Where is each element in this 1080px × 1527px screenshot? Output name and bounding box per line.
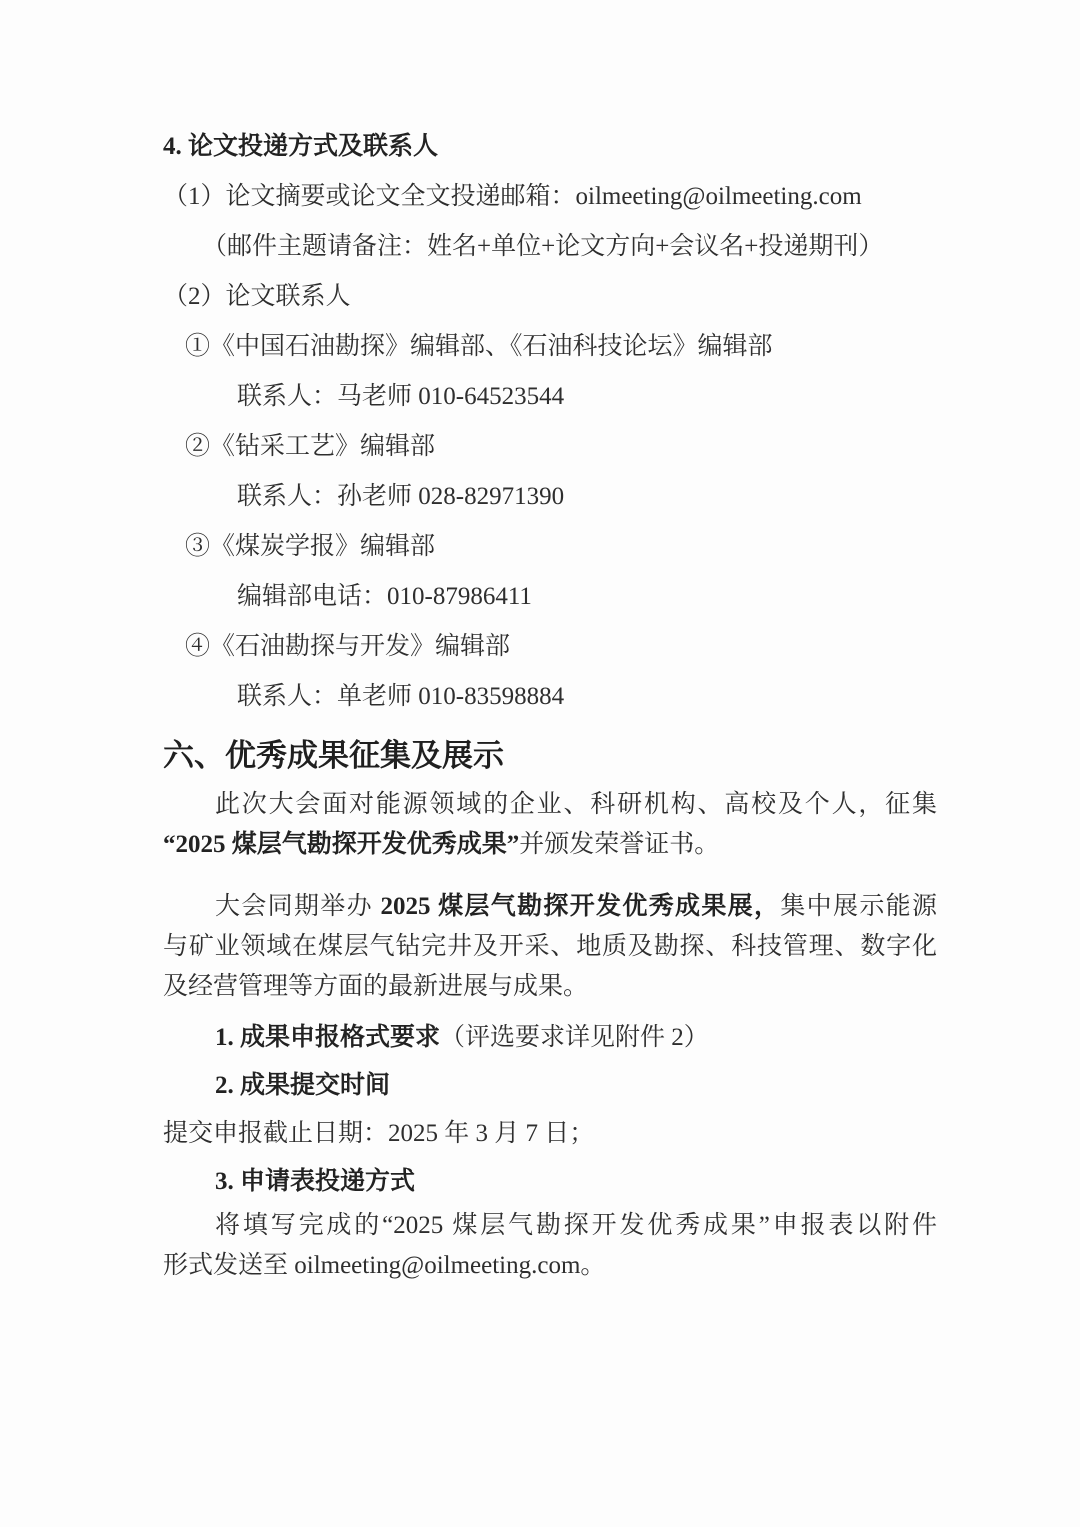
journal-item-2: ②《钻采工艺》编辑部 xyxy=(163,422,937,472)
award-name-bold: “2025 煤层气勘探开发优秀成果” xyxy=(163,831,519,858)
item-note: （评选要求详见附件 2） xyxy=(440,1024,709,1051)
journal-contact-4: 联系人：单老师 010-83598884 xyxy=(163,672,937,722)
paper-email-line: （1）论文摘要或论文全文投递邮箱：oilmeeting@oilmeeting.c… xyxy=(163,172,937,222)
paragraph-line: 将填写完成的“2025 煤层气勘探开发优秀成果”申报表以附件 xyxy=(163,1206,937,1246)
item-label-bold: 1. 成果申报格式要求 xyxy=(215,1024,440,1051)
paragraph-text: 集中展示能源 xyxy=(780,893,937,920)
journal-item-1: ①《中国石油勘探》编辑部、《石油科技论坛》编辑部 xyxy=(163,322,937,372)
section-six-title: 六、优秀成果征集及展示 xyxy=(163,730,937,782)
journal-contact-2: 联系人：孙老师 028-82971390 xyxy=(163,472,937,522)
journal-contact-3: 编辑部电话：010-87986411 xyxy=(163,572,937,622)
item-format-requirements: 1. 成果申报格式要求（评选要求详见附件 2） xyxy=(163,1014,937,1062)
paragraph-line: 形式发送至 oilmeeting@oilmeeting.com。 xyxy=(163,1246,937,1286)
exhibition-name-bold: 2025 煤层气勘探开发优秀成果展， xyxy=(381,893,781,920)
paper-submission-heading: 4. 论文投递方式及联系人 xyxy=(163,122,937,172)
email-subject-note: （邮件主题请备注：姓名+单位+论文方向+会议名+投递期刊） xyxy=(163,222,937,272)
paragraph-line: 及经营管理等方面的最新进展与成果。 xyxy=(163,967,937,1007)
paragraph-text: 大会同期举办 xyxy=(215,893,381,920)
journal-item-4: ④《石油勘探与开发》编辑部 xyxy=(163,622,937,672)
item-submission-time: 2. 成果提交时间 xyxy=(163,1062,937,1110)
award-items-list: 1. 成果申报格式要求（评选要求详见附件 2） 2. 成果提交时间 提交申报截止… xyxy=(163,1014,937,1206)
paragraph-line: “2025 煤层气勘探开发优秀成果”并颁发荣誉证书。 xyxy=(163,825,937,865)
document-page: 4. 论文投递方式及联系人 （1）论文摘要或论文全文投递邮箱：oilmeetin… xyxy=(0,0,1080,1527)
paragraph-line: 与矿业领域在煤层气钻完井及开采、地质及勘探、科技管理、数字化 xyxy=(163,927,937,967)
paper-contacts-heading: （2）论文联系人 xyxy=(163,272,937,322)
paragraph-application-send: 将填写完成的“2025 煤层气勘探开发优秀成果”申报表以附件 形式发送至 oil… xyxy=(163,1206,937,1286)
paragraph-award-collection: 此次大会面对能源领域的企业、科研机构、高校及个人，征集 “2025 煤层气勘探开… xyxy=(163,785,937,865)
item-application-delivery: 3. 申请表投递方式 xyxy=(163,1158,937,1206)
journal-contact-1: 联系人：马老师 010-64523544 xyxy=(163,372,937,422)
paragraph-line: 此次大会面对能源领域的企业、科研机构、高校及个人，征集 xyxy=(163,785,937,825)
paragraph-text: 并颁发荣誉证书。 xyxy=(519,831,719,858)
journal-item-3: ③《煤炭学报》编辑部 xyxy=(163,522,937,572)
paragraph-exhibition: 大会同期举办 2025 煤层气勘探开发优秀成果展，集中展示能源 与矿业领域在煤层… xyxy=(163,887,937,1007)
paragraph-line: 大会同期举办 2025 煤层气勘探开发优秀成果展，集中展示能源 xyxy=(163,887,937,927)
document-content: 4. 论文投递方式及联系人 （1）论文摘要或论文全文投递邮箱：oilmeetin… xyxy=(163,122,937,1286)
deadline-line: 提交申报截止日期：2025 年 3 月 7 日； xyxy=(163,1110,937,1158)
